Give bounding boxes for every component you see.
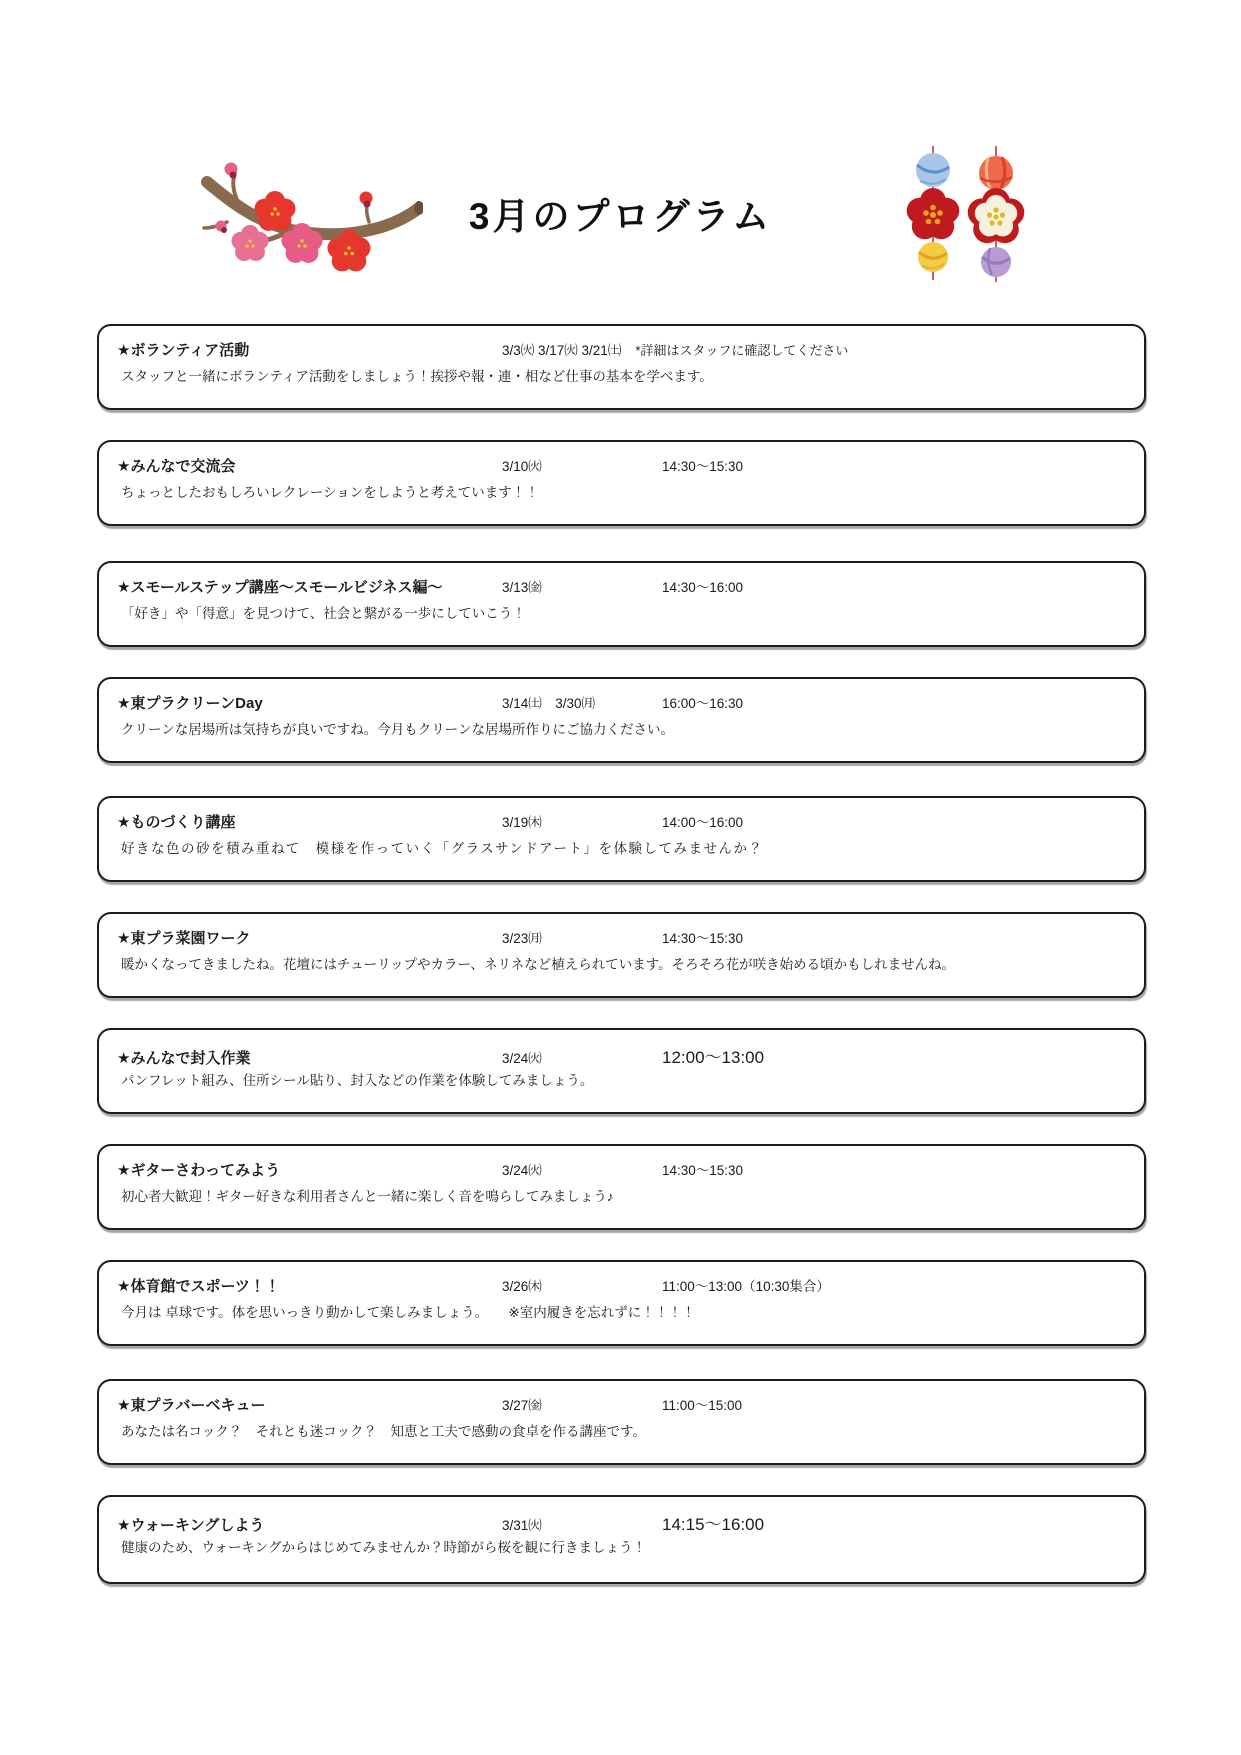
event-card-craft-course: ★ものづくり講座 3/19㈭ 14:00～16:00 好きな色の砂を積み重ねて … xyxy=(97,796,1146,882)
event-card-exchange-meeting: ★みんなで交流会 3/10㈫ 14:30～15:30 ちょっとしたおもしろいレク… xyxy=(97,440,1146,526)
event-description: 初心者大歓迎！ギター好きな利用者さんと一緒に楽しく音を鳴らしてみましょう♪ xyxy=(121,1188,1126,1206)
page-title: 3月のプログラム xyxy=(0,186,1241,240)
event-time: 11:00～13:00（10:30集合） xyxy=(662,1275,830,1295)
event-card-walking: ★ウォーキングしよう 3/31㈫ 14:15～16:00 健康のため、ウォーキン… xyxy=(97,1495,1146,1584)
event-card-enclosing-work: ★みんなで封入作業 3/24㈫ 12:00～13:00 パンフレット組み、住所シ… xyxy=(97,1028,1146,1114)
event-time: 14:30～16:00 xyxy=(662,576,743,596)
event-card-clean-day: ★東プラクリーンDay 3/14㈯ 3/30㈪ 16:00～16:30 クリーン… xyxy=(97,677,1146,763)
event-card-garden-work: ★東プラ菜園ワーク 3/23㈪ 14:30～15:30 暖かくなってきましたね。… xyxy=(97,912,1146,998)
event-dates: 3/31㈫ xyxy=(502,1514,662,1534)
event-description: 好きな色の砂を積み重ねて 模様を作っていく「グラスサンドアート」を体験してみませ… xyxy=(121,840,1126,858)
temari-ball-blue xyxy=(916,153,950,187)
event-description: クリーンな居場所は気持ちが良いですね。今月もクリーンな居場所作りにご協力ください… xyxy=(121,721,1126,739)
event-title: ★スモールステップ講座～スモールビジネス編～ xyxy=(117,576,502,597)
event-title: ★ものづくり講座 xyxy=(117,811,502,832)
event-dates: 3/27㈮ xyxy=(502,1394,662,1414)
event-time: 14:15～16:00 xyxy=(662,1510,764,1535)
event-description: 暖かくなってきましたね。花壇にはチューリップやカラー、ネリネなど植えられています… xyxy=(121,956,1126,974)
event-dates: 3/14㈯ 3/30㈪ xyxy=(502,692,662,712)
event-time: 14:30～15:30 xyxy=(662,927,743,947)
event-description: 「好き」や「得意」を見つけて、社会と繋がる一歩にしていこう！ xyxy=(121,605,1126,623)
event-title: ★東プラバーベキュー xyxy=(117,1394,502,1415)
event-dates: 3/23㈪ xyxy=(502,927,662,947)
event-title: ★東プラクリーンDay xyxy=(117,692,502,713)
event-note: *詳細はスタッフに確認してください xyxy=(635,340,848,359)
event-card-guitar-try: ★ギターさわってみよう 3/24㈫ 14:30～15:30 初心者大歓迎！ギター… xyxy=(97,1144,1146,1230)
event-card-volunteer-activity: ★ボランティア活動 3/3㈫ 3/17㈫ 3/21㈯ *詳細はスタッフに確認して… xyxy=(97,324,1146,410)
event-title: ★みんなで封入作業 xyxy=(117,1047,502,1068)
event-dates: 3/13㈮ xyxy=(502,576,662,596)
event-dates: 3/24㈫ xyxy=(502,1159,662,1179)
event-description: 今月は 卓球です。体を思いっきり動かして楽しみましょう。 ※室内履きを忘れずに！… xyxy=(121,1304,1126,1322)
event-card-small-step-course: ★スモールステップ講座～スモールビジネス編～ 3/13㈮ 14:30～16:00… xyxy=(97,561,1146,647)
temari-ball-yellow xyxy=(918,242,948,272)
event-time: 14:30～15:30 xyxy=(662,1159,743,1179)
event-description: パンフレット組み、住所シール貼り、封入などの作業を体験してみましょう。 xyxy=(121,1072,1126,1090)
event-time: 14:00～16:00 xyxy=(662,811,743,831)
event-time: 11:00～15:00 xyxy=(662,1394,742,1414)
event-description: あなたは名コック？ それとも迷コック？ 知恵と工夫で感動の食卓を作る講座です。 xyxy=(121,1423,1126,1441)
event-dates: 3/3㈫ 3/17㈫ 3/21㈯ xyxy=(502,339,621,359)
event-time: 14:30～15:30 xyxy=(662,455,743,475)
event-dates: 3/24㈫ xyxy=(502,1047,662,1067)
event-title: ★ギターさわってみよう xyxy=(117,1159,502,1180)
event-dates: 3/19㈭ xyxy=(502,811,662,831)
event-card-barbecue: ★東プラバーベキュー 3/27㈮ 11:00～15:00 あなたは名コック？ そ… xyxy=(97,1379,1146,1465)
event-description: スタッフと一緒にボランティア活動をしましょう！挨拶や報・連・相など仕事の基本を学… xyxy=(121,368,1126,386)
event-title: ★みんなで交流会 xyxy=(117,455,502,476)
event-dates: 3/10㈫ xyxy=(502,455,662,475)
event-description: ちょっとしたおもしろいレクレーションをしようと考えています！！ xyxy=(121,484,1126,502)
event-title: ★東プラ菜園ワーク xyxy=(117,927,502,948)
temari-ball-orange xyxy=(979,156,1013,190)
event-dates: 3/26㈭ xyxy=(502,1275,662,1295)
event-description: 健康のため、ウォーキングからはじめてみませんか？時節がら桜を観に行きましょう！ xyxy=(121,1539,1126,1557)
hanging-plum-ornaments-icon xyxy=(898,142,1038,284)
event-card-gym-sports: ★体育館でスポーツ！！ 3/26㈭ 11:00～13:00（10:30集合） 今… xyxy=(97,1260,1146,1346)
temari-ball-purple xyxy=(981,247,1011,277)
flyer-page: 3月のプログラム xyxy=(0,0,1241,1755)
event-title: ★ボランティア活動 xyxy=(117,339,502,360)
event-time: 12:00～13:00 xyxy=(662,1043,764,1068)
event-title: ★ウォーキングしよう xyxy=(117,1514,502,1535)
event-time: 16:00～16:30 xyxy=(662,692,743,712)
event-title: ★体育館でスポーツ！！ xyxy=(117,1275,502,1296)
